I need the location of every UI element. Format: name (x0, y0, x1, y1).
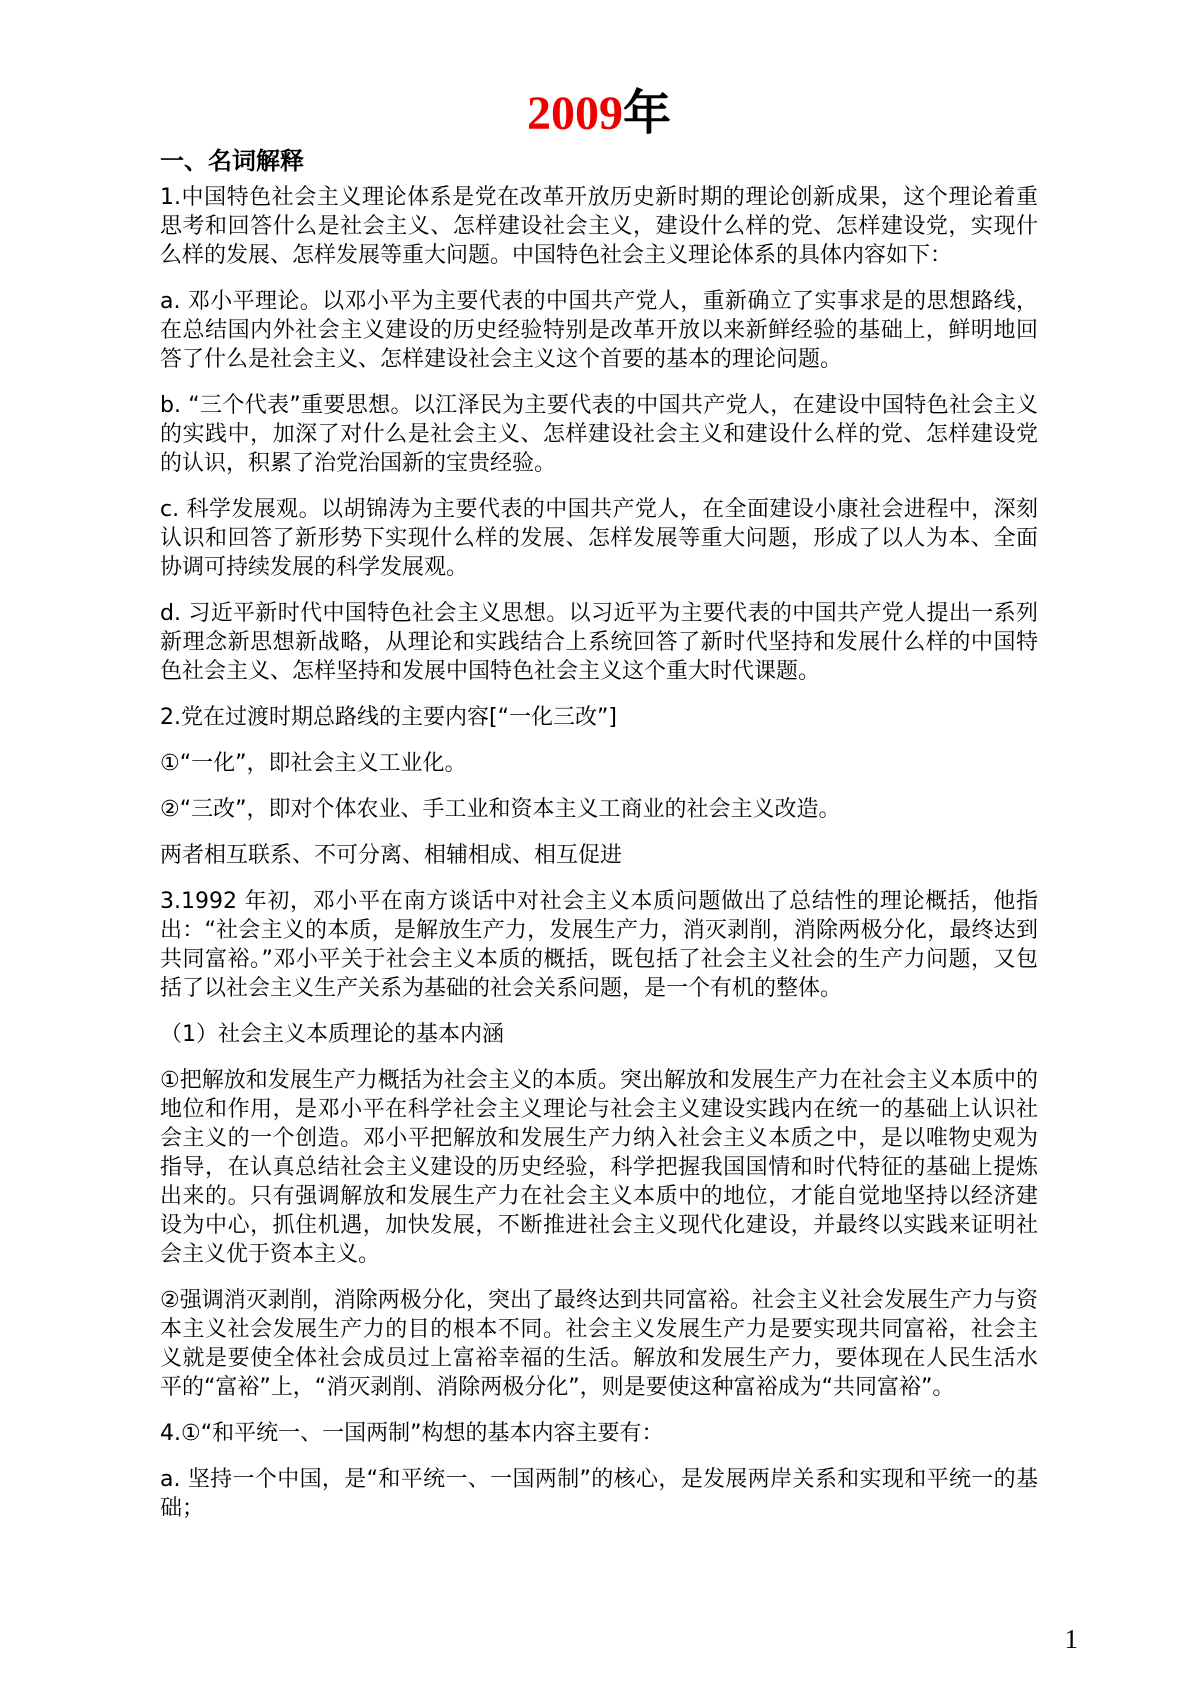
page-number: 1 (1065, 1624, 1079, 1655)
paragraph-q3-point-2-common-prosperity: ②强调消灭剥削，消除两极分化，突出了最终达到共同富裕。社会主义社会发展生产力与资… (160, 1286, 1038, 1402)
paragraph-q3-point-1-productivity: ①把解放和发展生产力概括为社会主义的本质。突出解放和发展生产力在社会主义本质中的… (160, 1066, 1038, 1269)
paragraph-q2-relation: 两者相互联系、不可分离、相辅相成、相互促进 (160, 841, 1038, 870)
paragraph-q1-intro: 1.中国特色社会主义理论体系是党在改革开放历史新时期的理论创新成果，这个理论着重… (160, 183, 1038, 270)
paragraph-q3-southern-talks: 3.1992 年初，邓小平在南方谈话中对社会主义本质问题做出了总结性的理论概括，… (160, 887, 1038, 1003)
paragraph-q2-general-line: 2.党在过渡时期总路线的主要内容[“一化三改”] (160, 703, 1038, 732)
paragraph-q3-sub-heading: （1）社会主义本质理论的基本内涵 (160, 1020, 1038, 1049)
page-title-year: 2009 (527, 87, 623, 140)
paragraph-q4-point-a-one-china: a. 坚持一个中国，是“和平统一、一国两制”的核心，是发展两岸关系和实现和平统一… (160, 1465, 1038, 1523)
page-title: 2009年 (160, 86, 1038, 141)
paragraph-q1-point-c-scientific-outlook: c. 科学发展观。以胡锦涛为主要代表的中国共产党人，在全面建设小康社会进程中，深… (160, 495, 1038, 582)
paragraph-q1-point-d-xi-thought: d. 习近平新时代中国特色社会主义思想。以习近平为主要代表的中国共产党人提出一系… (160, 599, 1038, 686)
document-page: 2009年 一、名词解释 1.中国特色社会主义理论体系是党在改革开放历史新时期的… (160, 0, 1038, 1523)
paragraph-q1-point-b-three-represents: b. “三个代表”重要思想。以江泽民为主要代表的中国共产党人，在建设中国特色社会… (160, 391, 1038, 478)
paragraph-q2-item-2-transformations: ②“三改”，即对个体农业、手工业和资本主义工商业的社会主义改造。 (160, 795, 1038, 824)
paragraph-q2-item-1-industrialization: ①“一化”，即社会主义工业化。 (160, 749, 1038, 778)
section-heading-terms: 一、名词解释 (160, 147, 1038, 176)
paragraph-q1-point-a-deng-theory: a. 邓小平理论。以邓小平为主要代表的中国共产党人，重新确立了实事求是的思想路线… (160, 287, 1038, 374)
paragraph-q4-heading: 4.①“和平统一、一国两制”构想的基本内容主要有： (160, 1419, 1038, 1448)
page-title-suffix: 年 (623, 85, 671, 141)
